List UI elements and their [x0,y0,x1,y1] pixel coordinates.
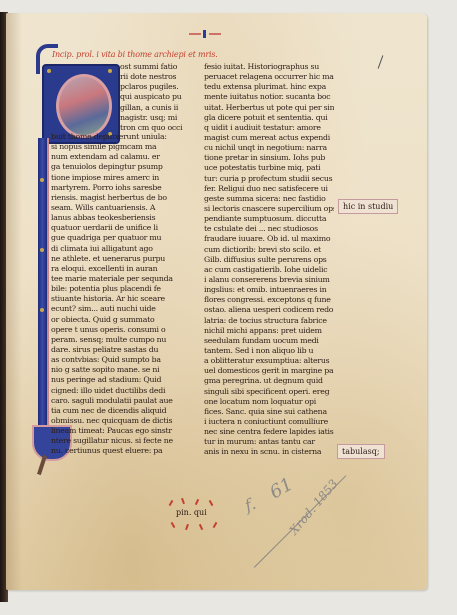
text-line: fraudare iuuare. Ob id. ul maximo [204,234,334,244]
text-line: or obiecta. Quid g summato [51,315,201,325]
text-line: caro. saguli modulatii paulat aue [51,396,201,406]
gutter-shadow [6,13,22,590]
text-line: anis in nexu in scnu. in cisterna [204,447,334,457]
text-line: fices. Sanc. quia sine sui cathena [204,407,334,417]
red-stroke [169,500,174,506]
text-line: one locatum nom loquatur opi [204,397,334,407]
text-line: tedu extensa plurimat. hinc expa [204,82,334,92]
text-line: opere t unus operis. consumi o [51,325,201,335]
text-line: obmissu. nec quicquam de dictis [51,416,201,426]
red-stroke [185,524,189,530]
text-line: seedulam fundam uocum medi [204,336,334,346]
text-line: lanus abbas teokesberiensis [51,213,201,223]
red-stroke [181,498,185,504]
text-line: gma peregrina. ut degnum quid [204,376,334,386]
text-line: flores congressi. exceptons q fune [204,295,334,305]
catchword-ornament: pin. qui [160,494,232,534]
red-stroke [199,524,203,530]
text-line: ingslius: et omib. intuenraeres in [204,285,334,295]
text-line: fesio iuitat. Historiographus su [204,62,334,72]
text-line: dare. sirus peliatre sastas du [51,345,201,355]
text-line: pclaros pugiles. [120,82,200,92]
text-line: ga tenuiolos depingtur psump [51,162,201,172]
red-stroke [171,522,176,528]
text-line: cum dictiorib: brevi sto scilo. et [204,245,334,255]
text-line: tantem. Sed i non aliquo lib u [204,346,334,356]
text-line: nu. certiunus quest eluere: pa [51,446,201,456]
text-line: i iuctera n coniuctiunt comulliure [204,417,334,427]
gold-dot [40,178,44,182]
text-line: lineam timeat: Paucas ego sinstr [51,426,201,436]
text-line: ost summi fatio [120,62,200,72]
text-line: i alanu consererens brevia sinium [204,275,334,285]
text-line: magist cum mereat actus expendi [204,133,334,143]
text-line: ac cum castigatierib. Iohe uidelic [204,265,334,275]
gold-dot [40,308,44,312]
column-b: fesio iuitat. Historiographus su peruace… [204,62,334,457]
red-stroke [195,499,199,505]
text-line: tee marie materiale per sequnda [51,274,201,284]
text-line: ecunt? sim... auti nuchi uide [51,304,201,314]
text-line: te cstulate dei ... nec studiosos [204,224,334,234]
flourish-right [209,33,221,35]
text-line: uitat. Herbertus ut pote qui per sin [204,103,334,113]
text-line: nio g satte sopito mane. se ni [51,365,201,375]
text-line: cu nichil unqt in negotium: narra [204,143,334,153]
text-line: bile: potentia plus placendi fe [51,284,201,294]
text-line: nagistr. usq; mi [120,113,200,123]
text-line: q uidit i audiuit testatur: amore [204,123,334,133]
text-line: ntere sugillatur nicus. si fecte ne [51,436,201,446]
text-line: nichil michi appans: pret uidem [204,326,334,336]
text-line: Gilb. diffusius sulte perurens ops [204,255,334,265]
text-line: buit thome depinxerunt uniula: [51,132,201,142]
text-line: peram. sensq; multe cumpo nu [51,335,201,345]
text-line: nus peringe ad stadium: Quid [51,375,201,385]
text-line: qui auspicato pu [120,92,200,102]
text-line: pendiante sumptuosum. diccutta [204,214,334,224]
text-line: gla dicere potuit et sententia. qui [204,113,334,123]
text-line: rii dote nestros [120,72,200,82]
column-a: buit thome depinxerunt uniula: si nopus … [51,132,201,457]
text-line: stiuante historia. Ar hic sceare [51,294,201,304]
text-line: num extendam ad calamu. er [51,152,201,162]
quire-mark [186,30,226,40]
text-line: seam. Wills cantuariensis. A [51,203,201,213]
text-line: as contvbias: Quid sumpto ba [51,355,201,365]
text-line: tione pretar in sinsium. Iohs pub [204,153,334,163]
text-line: tione impiose mires amerc in [51,173,201,183]
margin-note-box: hic in studiu [338,199,398,214]
text-line: gue quadriga per quatuor mu [51,233,201,243]
text-line: ne athlete. et uenerarus purpu [51,254,201,264]
flourish-left [189,33,201,35]
text-line: ostao. aliena uesperi codicem redo [204,305,334,315]
red-stroke [213,522,218,528]
text-line: peruacet relagena occurrer hic mat [204,72,334,82]
text-line: martyrem. Porro iohs saresbe [51,183,201,193]
gold-dot [47,69,51,73]
text-line: gillan, a cunis ii [120,103,200,113]
rubric-incipit: Incip. prol. i vita bi thome archiepi et… [52,50,218,59]
text-line: quatuor uerdarii de unifice li [51,223,201,233]
text-line: si lectoris cnascere supercilium ops co [204,204,334,214]
gold-dot [108,69,112,73]
text-line: geste summa sicera: nec fastidio [204,194,334,204]
text-line: latria: de tocius structura fabrice [204,316,334,326]
margin-note-box: tabulasq; [337,444,385,459]
quire-mark-bar [203,30,206,38]
text-line: di climata iui alligatunt ago [51,244,201,254]
text-line: tur in murum: antas tantu car [204,437,334,447]
text-line: tur: curia p profectum studii secus [204,174,334,184]
text-line: singuli sibi specificent operi. ereg [204,387,334,397]
text-line: uel domesticos gerit in margine pa [204,366,334,376]
text-line: nec sine centra federe lapides iatis [204,427,334,437]
text-line: mente iuitatus notior. sucanta boc [204,92,334,102]
column-a-beside-initial: ost summi fatio rii dote nestros pclaros… [120,62,200,133]
text-line: tia cum nec de dicendis aliquid [51,406,201,416]
text-line: si nopus simile pigmcam ma [51,142,201,152]
gold-dot [40,248,44,252]
text-line: fer. Religui duo nec satisfecere ui [204,184,334,194]
initial-stem [38,138,49,428]
catchword-text: pin. qui [176,508,207,517]
text-line: riensis. magist herbertus de bo [51,193,201,203]
text-line: ra eloqui. excellenti in auran [51,264,201,274]
text-line: uce potestatis turbine miq, pati [204,163,334,173]
miniature-scene [56,74,112,138]
text-line: cigned: illo uidet ductilibs dedi [51,386,201,396]
red-stroke [209,500,214,506]
text-line: a oblitteratur exsumptiua: alterus [204,356,334,366]
